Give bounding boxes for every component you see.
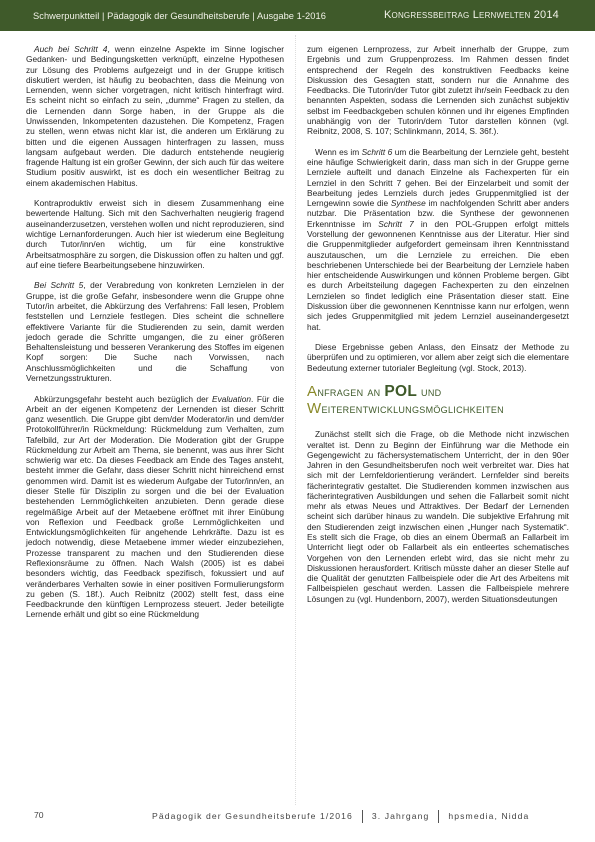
paragraph-schritt-6-7: Wenn es im Schritt 6 um die Bearbeitung … (307, 147, 569, 332)
emphasis: Bei Schritt 5 (34, 280, 83, 290)
paragraph-feedback-continued: zum eigenen Lernprozess, zur Arbeit inne… (307, 44, 569, 137)
emphasis: Auch bei Schritt 4 (34, 44, 107, 54)
journal-issue: Pädagogik der Gesundheitsberufe 1/2016 (152, 811, 353, 821)
footer-separator (362, 810, 363, 823)
footer-separator (438, 810, 439, 823)
section-heading: Anfragen an POL und Weiterentwicklungsmö… (307, 383, 569, 417)
paragraph-anfragen: Zunächst stellt sich die Frage, ob die M… (307, 429, 569, 604)
footer-journal-info: Pädagogik der Gesundheitsberufe 1/20163.… (152, 810, 529, 823)
section-heading-line-1: Anfragen an POL und (307, 383, 569, 400)
right-column: zum eigenen Lernprozess, zur Arbeit inne… (307, 44, 569, 604)
column-divider (295, 35, 296, 805)
paragraph-schritt-4: Auch bei Schritt 4, wenn einzelne Aspekt… (26, 44, 284, 188)
journal-volume: 3. Jahrgang (372, 811, 430, 821)
paragraph-kontraproduktiv: Kontraproduktiv erweist sich in diesem Z… (26, 198, 284, 270)
page-number: 70 (34, 810, 44, 820)
left-column: Auch bei Schritt 4, wenn einzelne Aspekt… (26, 44, 284, 620)
publisher: hpsmedia, Nidda (448, 811, 529, 821)
header-section-title: Schwerpunktteil | Pädagogik der Gesundhe… (33, 11, 326, 21)
paragraph-evaluation: Abkürzungsgefahr besteht auch bezüglich … (26, 394, 284, 620)
running-header: Schwerpunktteil | Pädagogik der Gesundhe… (0, 0, 595, 31)
paragraph-schritt-5: Bei Schritt 5, der Verabredung von konkr… (26, 280, 284, 383)
paragraph-ergebnisse: Diese Ergebnisse geben Anlass, den Einsa… (307, 342, 569, 373)
emphasis: Evaluation (212, 394, 251, 404)
header-series-title: Kongressbeitrag Lernwelten 2014 (384, 9, 559, 21)
section-heading-line-2: Weiterentwicklungsmöglichkeiten (307, 400, 569, 417)
